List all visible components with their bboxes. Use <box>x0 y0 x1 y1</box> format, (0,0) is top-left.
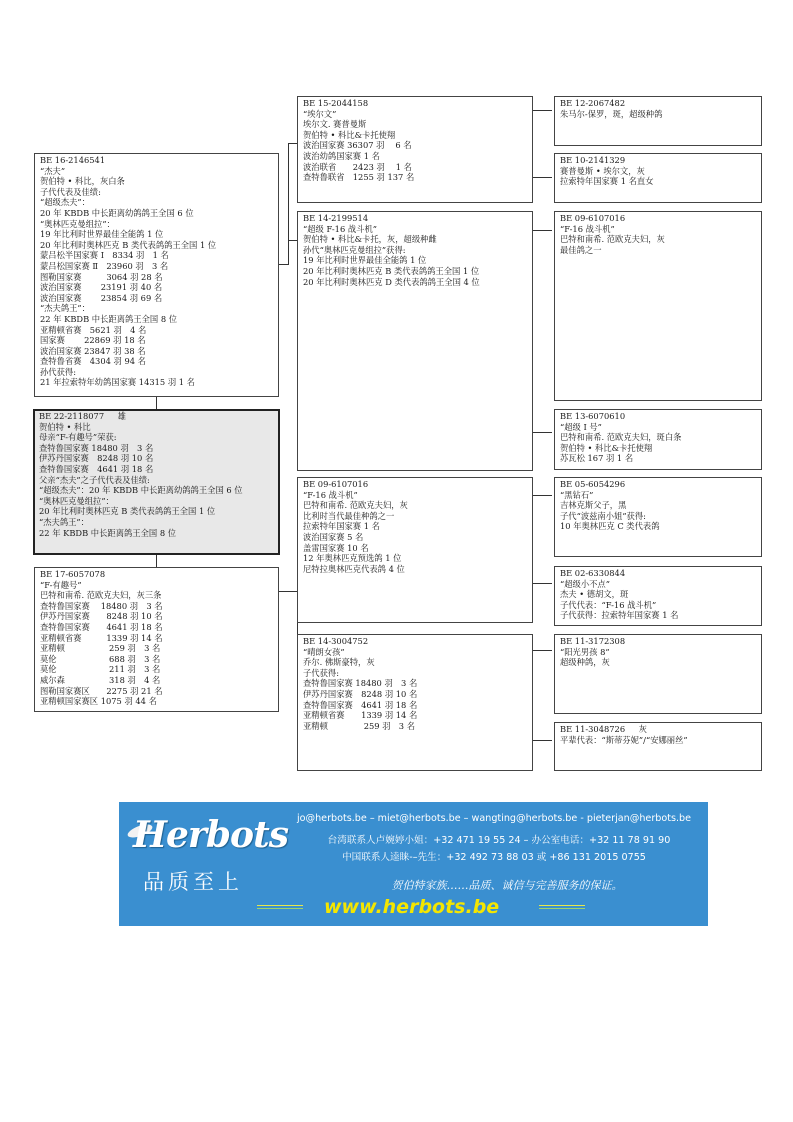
connector-dam-right <box>279 591 297 592</box>
subject-line: 父亲“杰夫”之子代代表及佳绩: <box>39 475 274 486</box>
dam-line: 巴特和南希. 范欧克夫妇，灰三条 <box>40 590 274 601</box>
great-grandparent-line: “F-16 战斗机” <box>560 224 757 235</box>
sire-line: “杰夫” <box>40 166 274 177</box>
great-grandparent-line: 赛普曼斯 • 埃尔文，灰 <box>560 166 757 177</box>
connector-gp2-right <box>532 495 552 496</box>
great-grandparent-line: BE 12-2067482 <box>560 98 757 109</box>
connector-gp2-right-2 <box>532 583 552 584</box>
connector-gp3-right <box>532 650 552 651</box>
grandparent-line: “晴朗女孩” <box>303 647 528 658</box>
grandparent-card-sire-sire: BE 15-2044158 “埃尔文” 埃尔文. 赛普曼斯 贺伯特 • 科比&卡… <box>297 96 533 203</box>
grandparent-line: 亚精顿省赛 1339 羽 14 名 <box>303 710 528 721</box>
connector-to-gp0 <box>288 143 297 144</box>
grandparent-line: 20 年比利时奥林匹克 B 类代表鸽鸽王全国 1 位 <box>303 266 528 277</box>
dam-line: 图勒国家赛区 2275 羽 21 名 <box>40 686 274 697</box>
grandparent-line: 亚精顿 259 羽 3 名 <box>303 721 528 732</box>
great-grandparent-line: 子代代表：“F-16 战斗机” <box>560 600 757 611</box>
dam-line: 伊苏丹国家赛 8248 羽 10 名 <box>40 611 274 622</box>
great-grandparent-line: 最佳鸽之一 <box>560 245 757 256</box>
dam-line: 莫伦 211 羽 3 名 <box>40 664 274 675</box>
grandparent-line: 尼特拉奥林匹克代表鸽 4 位 <box>303 564 528 575</box>
subject-line: “杰夫鸽王”： <box>39 517 274 528</box>
great-grandparent-card-3: BE 09-6107016 “F-16 战斗机” 巴特和南希. 范欧克夫妇，灰 … <box>554 211 762 401</box>
subject-line: 贺伯特 • 科比 <box>39 422 274 433</box>
grandparent-line: “埃尔文” <box>303 109 528 120</box>
sire-line: “杰夫鸽王”： <box>40 303 274 314</box>
great-grandparent-line: 苏瓦松 167 羽 1 名 <box>560 453 757 464</box>
great-grandparent-card-2: BE 10-2141329 赛普曼斯 • 埃尔文，灰 拉索特年国家赛 1 名直女 <box>554 153 762 203</box>
subject-line: BE 22-2118077 雄 <box>39 411 274 422</box>
subject-line: 22 年 KBDB 中长距离鸽王全国 8 位 <box>39 528 274 539</box>
grandparent-line: 贺伯特 • 科比&卡托，灰，超级种雌 <box>303 234 528 245</box>
grandparent-line: 子代获得: <box>303 668 528 679</box>
connector-to-gp1 <box>288 240 297 241</box>
great-grandparent-card-6: BE 02-6330844 “超级小不点” 杰夫 • 德胡文，斑 子代代表：“F… <box>554 566 762 626</box>
grandparent-line: 波治联省 2423 羽 1 名 <box>303 162 528 173</box>
grandparent-line: 19 年比利时世界最佳全能鸽 1 位 <box>303 255 528 266</box>
grandparent-line: 贺伯特 • 科比&卡托使翔 <box>303 130 528 141</box>
dam-line: 莫伦 688 羽 3 名 <box>40 654 274 665</box>
grandparent-line: “F-16 战斗机” <box>303 490 528 501</box>
grandparent-line: BE 14-3004752 <box>303 636 528 647</box>
sire-line: 波治国家赛 23847 羽 38 名 <box>40 346 274 357</box>
great-grandparent-line: “黑钻石” <box>560 490 757 501</box>
subject-line: 伊苏丹国家赛 8248 羽 10 名 <box>39 453 274 464</box>
connector-gp3-right-2 <box>532 740 552 741</box>
sire-line: 图勒国家赛 3064 羽 28 名 <box>40 272 274 283</box>
dam-card: BE 17-6057078 “F-有趣号” 巴特和南希. 范欧克夫妇，灰三条 查… <box>34 567 279 712</box>
tagline: 贺伯特家族……品质、诚信与完善服务的保证。 <box>307 877 707 893</box>
grandparent-line: 波治国家赛 36307 羽 6 名 <box>303 140 528 151</box>
great-grandparent-line: BE 05-6054296 <box>560 479 757 490</box>
grandparent-line: 埃尔文. 赛普曼斯 <box>303 119 528 130</box>
subject-card: BE 22-2118077 雄 贺伯特 • 科比 母亲“F-有趣号”荣获: 查特… <box>33 409 280 555</box>
grandparent-line: 查特鲁联省 1255 羽 137 名 <box>303 172 528 183</box>
grandparent-line: 巴特和南希. 范欧克夫妇，灰 <box>303 500 528 511</box>
sire-line: 19 年比利时世界最佳全能鸽 1 位 <box>40 229 274 240</box>
decorative-line-left <box>257 905 303 909</box>
subject-line: 20 年比利时奥林匹克 B 类代表鸽鸽王全国 1 位 <box>39 506 274 517</box>
great-grandparent-line: 超级种鸽，灰 <box>560 657 757 668</box>
dam-line: 亚精顿国家赛区 1075 羽 44 名 <box>40 696 274 707</box>
grandparent-line: BE 14-2199514 <box>303 213 528 224</box>
great-grandparent-line: 平辈代表：“斯蒂芬妮”/“安娜丽丝” <box>560 735 757 746</box>
great-grandparent-line: 巴特和南希. 范欧克夫妇，灰 <box>560 234 757 245</box>
dam-line: 查特鲁国家赛 4641 羽 18 名 <box>40 622 274 633</box>
grandparent-line: 12 年奥林匹克预选鸽 1 位 <box>303 553 528 564</box>
grandparent-line: 拉索特年国家赛 1 名 <box>303 521 528 532</box>
sire-line: 国家赛 22869 羽 18 名 <box>40 335 274 346</box>
sire-card: BE 16-2146541 “杰夫” 贺伯特 • 科比，灰白条 子代代表及佳绩:… <box>34 153 279 397</box>
sire-line: 蒙吕松半国家赛 Ⅰ 8334 羽 1 名 <box>40 250 274 261</box>
sire-line: 蒙吕松国家赛 Ⅱ 23960 羽 3 名 <box>40 261 274 272</box>
connector-gp0-right-2 <box>532 177 552 178</box>
great-grandparent-line: 子代获得：拉索特年国家赛 1 名 <box>560 610 757 621</box>
great-grandparent-line: 拉索特年国家赛 1 名直女 <box>560 176 757 187</box>
grandparent-line: 波治幼鸽国家赛 1 名 <box>303 151 528 162</box>
slogan: 品质至上 <box>143 866 243 896</box>
dam-line: 查特鲁国家赛 18480 羽 3 名 <box>40 601 274 612</box>
grandparent-line: 乔尔. 佛斯豪特，灰 <box>303 657 528 668</box>
great-grandparent-line: 巴特和南希. 范欧克夫妇，斑白条 <box>560 432 757 443</box>
sire-line: BE 16-2146541 <box>40 155 274 166</box>
great-grandparent-line: BE 10-2141329 <box>560 155 757 166</box>
dam-line: 亚精顿省赛 1339 羽 14 名 <box>40 633 274 644</box>
grandparent-line: 孙代“奥林匹克曼组拉”获得: <box>303 245 528 256</box>
connector-sire-vertical-2 <box>288 143 289 241</box>
great-grandparent-line: 朱马尔-保罗，斑，超级种鸽 <box>560 109 757 120</box>
great-grandparent-card-1: BE 12-2067482 朱马尔-保罗，斑，超级种鸽 <box>554 96 762 146</box>
contact-emails[interactable]: jo@herbots.be – miet@herbots.be – wangti… <box>279 813 708 824</box>
great-grandparent-card-8: BE 11-3048726 灰 平辈代表：“斯蒂芬妮”/“安娜丽丝” <box>554 722 762 771</box>
great-grandparent-line: 子代“波兹南小姐”获得: <box>560 511 757 522</box>
grandparent-line: 比利时当代最佳种鸽之一 <box>303 511 528 522</box>
subject-line: 查特鲁国家赛 4641 羽 18 名 <box>39 464 274 475</box>
dam-line: BE 17-6057078 <box>40 569 274 580</box>
grandparent-line: BE 15-2044158 <box>303 98 528 109</box>
great-grandparent-card-5: BE 05-6054296 “黑钻石” 吉林克斯父子，黑 子代“波兹南小姐”获得… <box>554 477 762 557</box>
grandparent-line: 盖雷国家赛 10 名 <box>303 543 528 554</box>
grandparent-card-dam-sire: BE 09-6107016 “F-16 战斗机” 巴特和南希. 范欧克夫妇，灰 … <box>297 477 533 623</box>
sire-line: 20 年比利时奥林匹克 B 类代表鸽鸽王全国 1 位 <box>40 240 274 251</box>
great-grandparent-line: “超级 Ⅰ 号” <box>560 422 757 433</box>
contact-taiwan: 台湾联系人卢婉婷小姐：+32 471 19 55 24 – 办公室电话：+32 … <box>284 832 708 846</box>
great-grandparent-line: 贺伯特 • 科比&卡托使翔 <box>560 443 757 454</box>
connector-sire-dam <box>156 396 157 410</box>
great-grandparent-card-4: BE 13-6070610 “超级 Ⅰ 号” 巴特和南希. 范欧克夫妇，斑白条 … <box>554 409 762 470</box>
great-grandparent-line: BE 11-3172308 <box>560 636 757 647</box>
sire-line: 22 年 KBDB 中长距离鸽王全国 8 位 <box>40 314 274 325</box>
dam-line: “F-有趣号” <box>40 580 274 591</box>
great-grandparent-line: “阳光男孩 8” <box>560 647 757 658</box>
grandparent-card-dam-dam: BE 14-3004752 “晴朗女孩” 乔尔. 佛斯豪特，灰 子代获得: 查特… <box>297 634 533 771</box>
great-grandparent-line: 10 年奥林匹克 C 类代表鸽 <box>560 521 757 532</box>
connector-gp1-right-2 <box>532 432 552 433</box>
connector-gp0-right <box>532 110 552 111</box>
sire-line: “超级杰夫”： <box>40 197 274 208</box>
dam-line: 威尔森 318 羽 4 名 <box>40 675 274 686</box>
great-grandparent-line: 吉林克斯父子，黑 <box>560 500 757 511</box>
subject-line: “奥林匹克曼组拉”： <box>39 496 274 507</box>
sire-line: 波治国家赛 23191 羽 40 名 <box>40 282 274 293</box>
sire-line: 贺伯特 • 科比，灰白条 <box>40 176 274 187</box>
connector-gp1-right <box>532 230 552 231</box>
sire-line: 查特鲁省赛 4304 羽 94 名 <box>40 356 274 367</box>
great-grandparent-line: BE 11-3048726 灰 <box>560 724 757 735</box>
grandparent-card-sire-dam: BE 14-2199514 “超级 F-16 战斗机” 贺伯特 • 科比&卡托，… <box>297 211 533 471</box>
grandparent-line: BE 09-6107016 <box>303 479 528 490</box>
herbots-banner: Herbots 品质至上 jo@herbots.be – miet@herbot… <box>119 802 708 926</box>
grandparent-line: “超级 F-16 战斗机” <box>303 224 528 235</box>
grandparent-line: 查特鲁国家赛 4641 羽 18 名 <box>303 700 528 711</box>
sire-line: 亚精顿省赛 5621 羽 4 名 <box>40 325 274 336</box>
connector-sire-right <box>279 264 288 265</box>
grandparent-line: 波治国家赛 5 名 <box>303 532 528 543</box>
great-grandparent-card-7: BE 11-3172308 “阳光男孩 8” 超级种鸽，灰 <box>554 634 762 714</box>
sire-line: “奥林匹克曼组拉”： <box>40 219 274 230</box>
grandparent-line: 伊苏丹国家赛 8248 羽 10 名 <box>303 689 528 700</box>
great-grandparent-line: BE 09-6107016 <box>560 213 757 224</box>
grandparent-line: 查特鲁国家赛 18480 羽 3 名 <box>303 678 528 689</box>
sire-line: 20 年 KBDB 中长距离幼鸽鸽王全国 6 位 <box>40 208 274 219</box>
sire-line: 孙代获得: <box>40 367 274 378</box>
grandparent-line: 20 年比利时奥林匹克 D 类代表鸽鸽王全国 4 位 <box>303 277 528 288</box>
great-grandparent-line: BE 02-6330844 <box>560 568 757 579</box>
subject-line: 查特鲁国家赛 18480 羽 3 名 <box>39 443 274 454</box>
great-grandparent-line: 杰夫 • 德胡文，斑 <box>560 589 757 600</box>
connector-subject-dam <box>156 554 157 568</box>
subject-line: “超级杰夫”：20 年 KBDB 中长距离幼鸽鸽王全国 6 位 <box>39 485 274 496</box>
sire-line: 21 年拉索特年幼鸽国家赛 14315 羽 1 名 <box>40 377 274 388</box>
great-grandparent-line: BE 13-6070610 <box>560 411 757 422</box>
decorative-line-right <box>539 905 585 909</box>
contact-china: 中国联系人逵睐-–先生：+32 492 73 88 03 或 +86 131 2… <box>279 849 708 863</box>
sire-line: 波治国家赛 23854 羽 69 名 <box>40 293 274 304</box>
herbots-logo: Herbots <box>133 814 288 856</box>
dam-line: 亚精顿 259 羽 3 名 <box>40 643 274 654</box>
website-link[interactable]: www.herbots.be <box>324 896 499 918</box>
subject-line: 母亲“F-有趣号”荣获: <box>39 432 274 443</box>
great-grandparent-line: “超级小不点” <box>560 579 757 590</box>
sire-line: 子代代表及佳绩: <box>40 187 274 198</box>
